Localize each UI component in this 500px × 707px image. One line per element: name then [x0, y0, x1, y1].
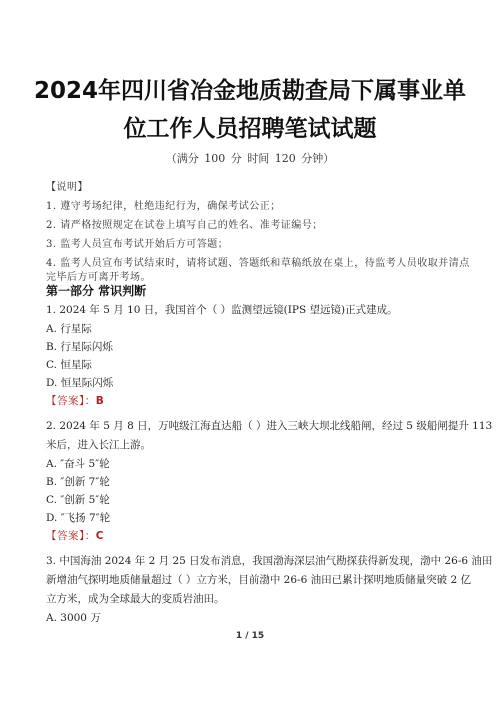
option-c: C. 恒星际 [46, 357, 456, 372]
option-c: C. ″创新 5″轮 [46, 492, 456, 507]
page-title-line1: 2024年四川省冶金地质勘查局下属事业单 [0, 72, 500, 105]
option-d: D. 恒星际闪烁 [46, 375, 456, 390]
option-a: A. ″奋斗 5″轮 [46, 456, 456, 471]
answer-label: 【答案】： [46, 530, 96, 542]
section-title: 第一部分 常识判断 [46, 282, 146, 299]
question-text: 新增油气探明地质储量超过（ ）立方米，目前渤中 26-6 油田已累计探明地质储量… [46, 572, 456, 587]
question-text: 3. 中国海油 2024 年 2 月 25 日发布消息，我国渤海深层油气勘探获得… [46, 553, 456, 568]
option-b: B. 行星际闪烁 [46, 339, 456, 354]
question-text: 米后，进入长江上游。 [46, 437, 456, 452]
answer: 【答案】：C [46, 528, 456, 543]
answer: 【答案】：B [46, 393, 456, 408]
question-text: 1. 2024 年 5 月 10 日，我国首个（ ）监测望远镜(IPS 望远镜)… [46, 302, 456, 317]
instructions-heading: 【说明】 [46, 178, 456, 193]
question-text: 立方米，成为全球最大的变质岩油田。 [46, 591, 456, 606]
answer-label: 【答案】： [46, 395, 96, 407]
instruction-item: 2. 请严格按照规定在试卷上填写自己的姓名、准考证编号； [46, 216, 456, 231]
option-a: A. 行星际 [46, 321, 456, 336]
option-d: D. ″飞扬 7″轮 [46, 510, 456, 525]
page-number: 1 / 15 [0, 631, 500, 641]
instruction-item: 3. 监考人员宣布考试开始后方可答题； [46, 235, 456, 250]
option-a: A. 3000 万 [46, 610, 456, 625]
question-text: 2. 2024 年 5 月 8 日，万吨级江海直达船（ ）进入三峡大坝北线船闸，… [46, 418, 456, 433]
instruction-item: 1. 遵守考场纪律，杜绝违纪行为，确保考试公正； [46, 197, 456, 212]
instruction-item: 4. 监考人员宣布考试结束时，请将试题、答题纸和草稿纸放在桌上，待监考人员收取并… [46, 254, 456, 269]
answer-value: C [96, 530, 104, 542]
option-b: B. ″创新 7″轮 [46, 474, 456, 489]
exam-info: （满分 100 分 时间 120 分钟） [0, 150, 500, 166]
instruction-item-cont: 完毕后方可离开考场。 [46, 268, 456, 283]
answer-value: B [96, 395, 105, 407]
page-title-line2: 位工作人员招聘笔试试题 [0, 110, 500, 143]
